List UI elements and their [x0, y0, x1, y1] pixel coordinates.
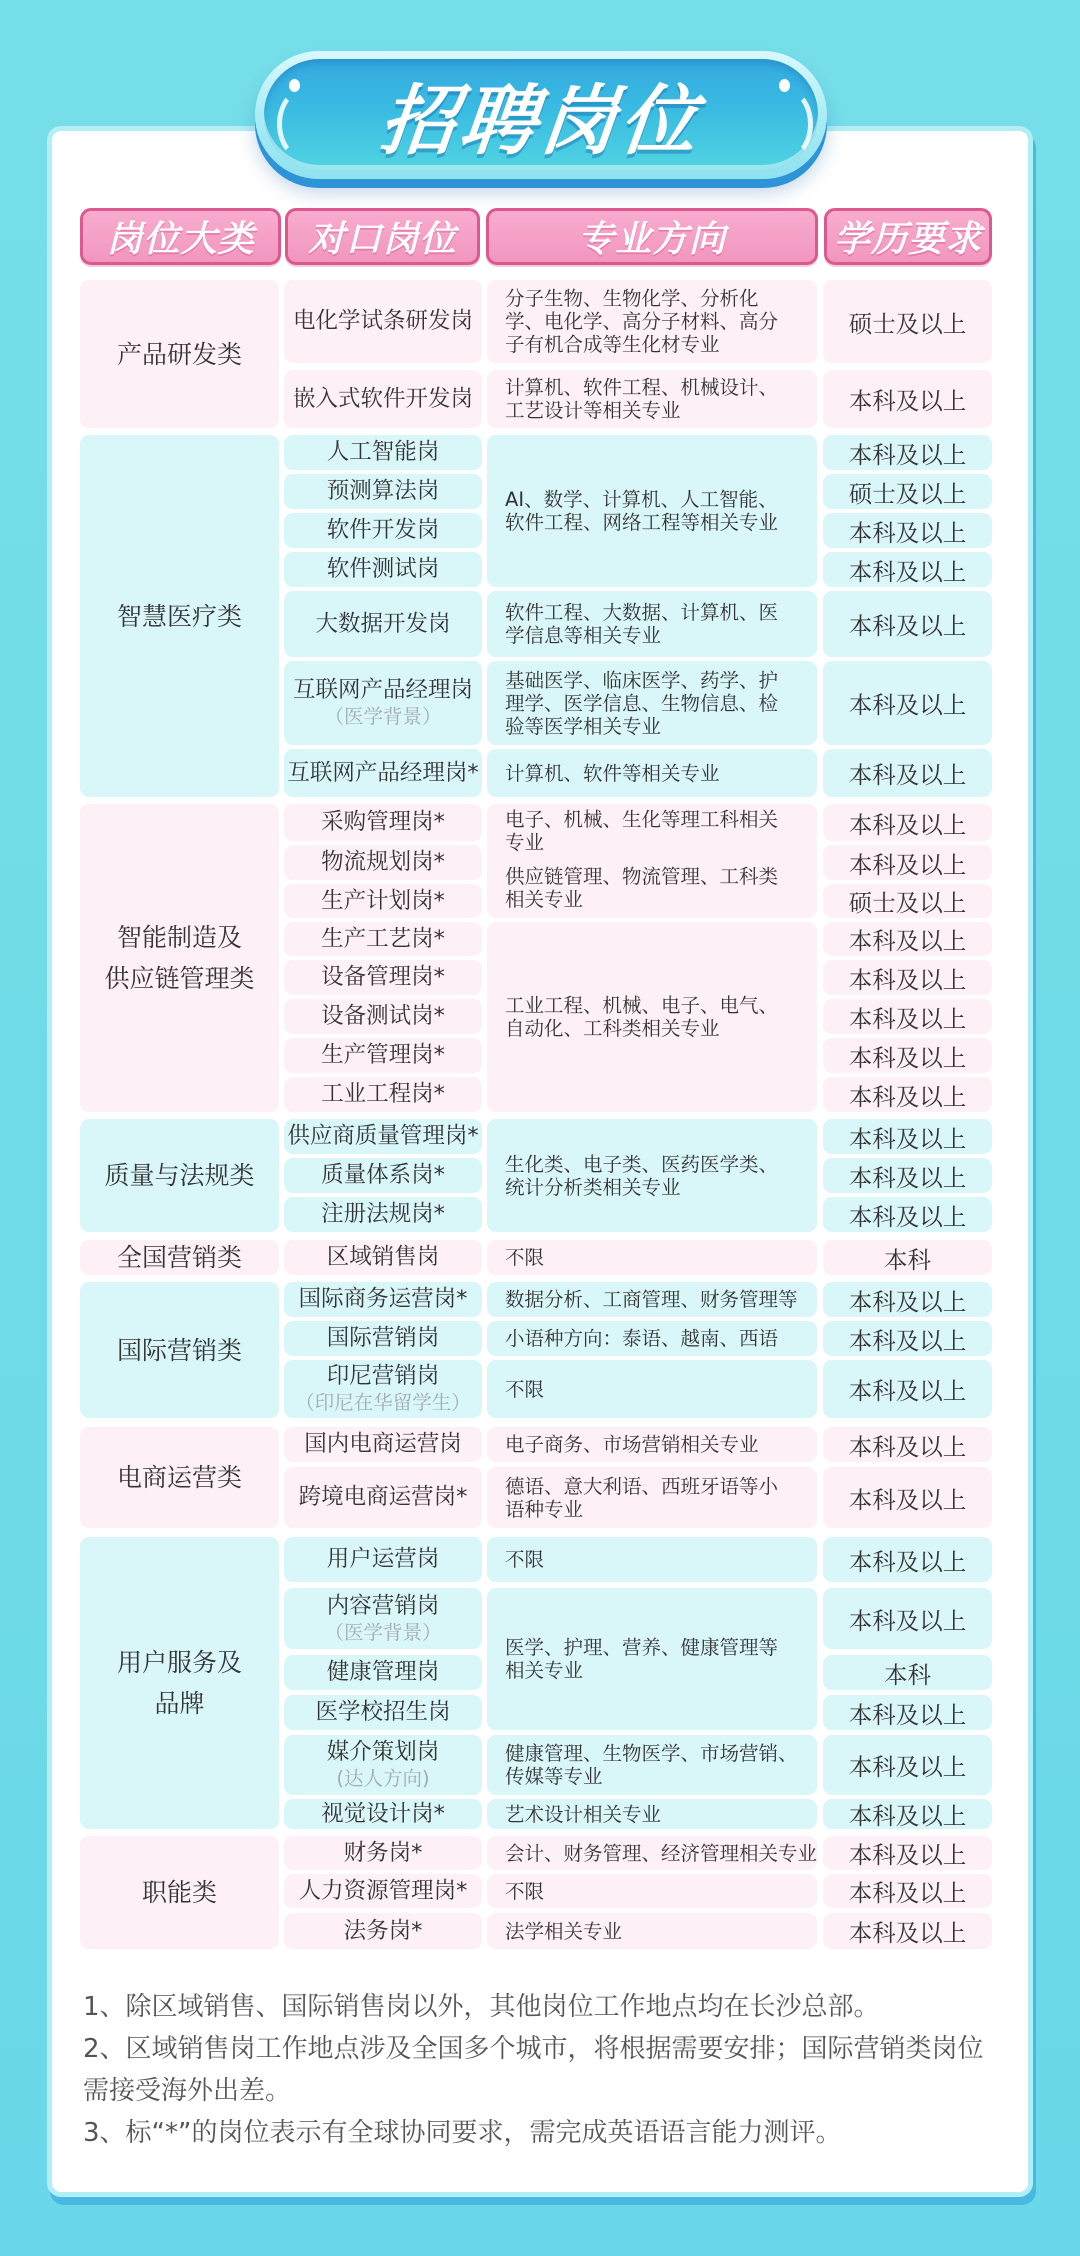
- education-label: 本科及以上: [849, 607, 967, 641]
- position-cell: 生产管理岗*: [284, 1038, 482, 1073]
- education-cell: 本科及以上: [823, 1836, 992, 1870]
- education-cell: 本科及以上: [823, 749, 992, 797]
- major-label: 电子商务、市场营销相关专业: [505, 1433, 759, 1456]
- education-label: 本科及以上: [849, 846, 967, 880]
- education-cell: 本科及以上: [823, 661, 992, 745]
- education-cell: 硕士及以上: [823, 474, 992, 509]
- category-cell: 产品研发类: [80, 280, 279, 428]
- education-label: 本科及以上: [849, 806, 967, 840]
- major-label: 法学相关专业: [505, 1920, 622, 1943]
- education-cell: 硕士及以上: [823, 280, 992, 363]
- header-major: 专业方向: [486, 208, 818, 265]
- major-label: 会计、财务管理、经济管理相关专业: [505, 1842, 817, 1865]
- education-cell: 本科及以上: [823, 1467, 992, 1528]
- position-label: 设备管理岗*: [321, 964, 445, 991]
- education-label: 本科及以上: [849, 1481, 967, 1515]
- position-subtitle: （医学背景）: [324, 704, 441, 729]
- category-cell: 质量与法规类: [80, 1119, 279, 1232]
- education-cell: 本科及以上: [823, 960, 992, 995]
- highlight-arc-icon: [277, 89, 327, 159]
- position-label: 内容营销岗: [327, 1593, 440, 1620]
- education-cell: 本科及以上: [823, 999, 992, 1034]
- education-cell: 本科及以上: [823, 1119, 992, 1154]
- position-cell: 健康管理岗: [284, 1655, 482, 1690]
- education-label: 本科及以上: [849, 756, 967, 790]
- education-cell: 本科及以上: [823, 1735, 992, 1795]
- position-cell: 质量体系岗*: [284, 1158, 482, 1193]
- position-cell: 物流规划岗*: [284, 845, 482, 880]
- major-label: 电子、机械、生化等理工科相关 专业: [505, 808, 778, 854]
- category-cell: 智慧医疗类: [80, 435, 279, 797]
- major-label: 计算机、软件工程、机械设计、 工艺设计等相关专业: [505, 376, 778, 422]
- position-label: 法务岗*: [344, 1918, 423, 1945]
- education-cell: 本科及以上: [823, 1321, 992, 1356]
- major-cell: 不限: [487, 1240, 817, 1275]
- major-cell: 不限: [487, 1537, 817, 1582]
- position-cell: 软件测试岗: [284, 552, 482, 587]
- education-label: 本科及以上: [849, 1198, 967, 1232]
- major-label: 计算机、软件等相关专业: [505, 762, 720, 785]
- education-cell: 本科及以上: [823, 513, 992, 548]
- position-cell: 人力资源管理岗*: [284, 1874, 482, 1908]
- education-label: 本科及以上: [849, 1159, 967, 1193]
- position-cell: 医学校招生岗: [284, 1695, 482, 1730]
- major-label: 不限: [505, 1246, 544, 1269]
- education-cell: 本科及以上: [823, 804, 992, 841]
- position-label: 电化学试条研发岗: [293, 308, 473, 335]
- position-subtitle: (达人方向): [336, 1766, 429, 1791]
- position-cell: 采购管理岗*: [284, 804, 482, 841]
- page-title: 招聘岗位: [375, 60, 706, 169]
- position-cell: 互联网产品经理岗*: [284, 749, 482, 797]
- major-cell: 计算机、软件工程、机械设计、 工艺设计等相关专业: [487, 370, 817, 428]
- education-label: 本科: [884, 1656, 931, 1690]
- major-cell-merged: AI、数学、计算机、人工智能、 软件工程、网络工程等相关专业: [487, 435, 817, 587]
- position-label: 国际商务运营岗*: [299, 1286, 468, 1313]
- highlight-arc-icon: [763, 89, 813, 159]
- recruitment-poster: 招聘岗位 岗位大类 对口岗位 专业方向 学历要求 产品研发类 电化学试条研发岗 …: [0, 0, 1080, 2256]
- position-label: 医学校招生岗: [315, 1699, 450, 1726]
- major-cell-merged: 电子、机械、生化等理工科相关 专业 供应链管理、物流管理、工科类 相关专业: [487, 804, 817, 918]
- position-cell: 用户运营岗: [284, 1537, 482, 1582]
- position-cell: 法务岗*: [284, 1913, 482, 1949]
- position-cell: 人工智能岗: [284, 435, 482, 470]
- position-cell: 软件开发岗: [284, 513, 482, 548]
- education-cell: 本科及以上: [823, 1588, 992, 1649]
- position-label: 互联网产品经理岗: [293, 677, 473, 704]
- category-label: 电商运营类: [117, 1457, 242, 1498]
- major-label: 供应链管理、物流管理、工科类 相关专业: [505, 865, 778, 911]
- education-cell: 本科及以上: [823, 922, 992, 956]
- position-cell: 互联网产品经理岗 （医学背景）: [284, 661, 482, 745]
- education-label: 本科及以上: [849, 1836, 967, 1870]
- education-cell: 本科: [823, 1240, 992, 1275]
- education-cell: 本科: [823, 1655, 992, 1690]
- category-label: 质量与法规类: [104, 1155, 254, 1196]
- position-label: 印尼营销岗: [327, 1363, 440, 1390]
- education-label: 本科及以上: [849, 1914, 967, 1948]
- major-label: 分子生物、生物化学、分析化 学、电化学、高分子材料、高分 子有机合成等生化材专业: [505, 287, 778, 356]
- education-label: 本科: [884, 1241, 931, 1275]
- position-cell: 印尼营销岗 （印尼在华留学生）: [284, 1360, 482, 1418]
- major-cell: 德语、意大利语、西班牙语等小 语种专业: [487, 1467, 817, 1528]
- position-label: 跨境电商运营岗*: [299, 1484, 468, 1511]
- position-label: 媒介策划岗: [327, 1739, 440, 1766]
- major-label: 不限: [505, 1880, 544, 1903]
- position-label: 软件测试岗: [327, 556, 440, 583]
- major-label: 工业工程、机械、电子、电气、 自动化、工科类相关专业: [505, 994, 778, 1040]
- category-cell: 职能类: [80, 1836, 279, 1949]
- education-label: 本科及以上: [849, 922, 967, 956]
- education-label: 本科及以上: [849, 1078, 967, 1112]
- education-cell: 本科及以上: [823, 552, 992, 587]
- position-cell: 设备测试岗*: [284, 999, 482, 1034]
- position-label: 互联网产品经理岗*: [287, 760, 478, 787]
- position-label: 质量体系岗*: [321, 1162, 445, 1189]
- category-label: 用户服务及 品牌: [117, 1642, 242, 1724]
- major-cell-merged: 生化类、电子类、医药医学类、 统计分析类相关专业: [487, 1119, 817, 1232]
- education-label: 本科及以上: [849, 1696, 967, 1730]
- position-cell: 注册法规岗*: [284, 1197, 482, 1232]
- major-label: 医学、护理、营养、健康管理等 相关专业: [505, 1636, 778, 1682]
- title-banner: 招聘岗位: [255, 51, 827, 179]
- education-label: 硕士及以上: [849, 305, 967, 339]
- category-label: 国际营销类: [117, 1330, 242, 1371]
- position-cell: 电化学试条研发岗: [284, 280, 482, 363]
- education-label: 本科及以上: [849, 1283, 967, 1317]
- major-cell: 法学相关专业: [487, 1913, 817, 1949]
- position-subtitle: （印尼在华留学生）: [295, 1390, 471, 1415]
- education-cell: 本科及以上: [823, 1077, 992, 1112]
- education-cell: 本科及以上: [823, 1038, 992, 1073]
- position-cell: 供应商质量管理岗*: [284, 1119, 482, 1154]
- position-cell: 大数据开发岗: [284, 591, 482, 657]
- position-label: 预测算法岗: [327, 478, 440, 505]
- position-label: 视觉设计岗*: [321, 1801, 445, 1828]
- position-label: 生产管理岗*: [321, 1042, 445, 1069]
- education-cell: 本科及以上: [823, 1537, 992, 1582]
- education-cell: 本科及以上: [823, 1360, 992, 1418]
- position-label: 人工智能岗: [327, 439, 440, 466]
- category-cell: 国际营销类: [80, 1282, 279, 1418]
- major-cell: 健康管理、生物医学、市场营销、 传媒等专业: [487, 1735, 817, 1795]
- major-cell-merged: 医学、护理、营养、健康管理等 相关专业: [487, 1588, 817, 1730]
- education-cell: 硕士及以上: [823, 884, 992, 918]
- category-cell: 全国营销类: [80, 1240, 279, 1275]
- position-cell: 生产工艺岗*: [284, 922, 482, 956]
- education-label: 本科及以上: [849, 1120, 967, 1154]
- education-cell: 本科及以上: [823, 1427, 992, 1462]
- major-label: 不限: [505, 1378, 544, 1401]
- category-label: 产品研发类: [117, 334, 242, 375]
- position-cell: 视觉设计岗*: [284, 1799, 482, 1829]
- education-label: 本科及以上: [849, 1797, 967, 1831]
- major-label: 艺术设计相关专业: [505, 1803, 661, 1826]
- education-label: 本科及以上: [849, 1543, 967, 1577]
- major-label: 健康管理、生物医学、市场营销、 传媒等专业: [505, 1742, 798, 1788]
- major-cell: 不限: [487, 1874, 817, 1908]
- major-cell: 软件工程、大数据、计算机、医 学信息等相关专业: [487, 591, 817, 657]
- position-cell: 国内电商运营岗: [284, 1427, 482, 1462]
- major-cell: 小语种方向：泰语、越南、西语: [487, 1321, 817, 1356]
- position-cell: 内容营销岗 （医学背景）: [284, 1588, 482, 1649]
- education-cell: 本科及以上: [823, 845, 992, 880]
- education-cell: 本科及以上: [823, 1158, 992, 1193]
- position-cell: 区域销售岗: [284, 1240, 482, 1275]
- education-label: 本科及以上: [849, 1372, 967, 1406]
- category-label: 智能制造及 供应链管理类: [104, 917, 254, 999]
- education-label: 本科及以上: [849, 553, 967, 587]
- education-cell: 本科及以上: [823, 370, 992, 428]
- position-cell: 设备管理岗*: [284, 960, 482, 995]
- position-label: 生产计划岗*: [321, 888, 445, 915]
- education-label: 本科及以上: [849, 1000, 967, 1034]
- major-cell: 数据分析、工商管理、财务管理等: [487, 1282, 817, 1317]
- major-label: 生化类、电子类、医药医学类、 统计分析类相关专业: [505, 1153, 778, 1199]
- position-cell: 国际商务运营岗*: [284, 1282, 482, 1317]
- major-cell: 分子生物、生物化学、分析化 学、电化学、高分子材料、高分 子有机合成等生化材专业: [487, 280, 817, 363]
- major-cell: 基础医学、临床医学、药学、护 理学、医学信息、生物信息、检 验等医学相关专业: [487, 661, 817, 745]
- major-cell: 不限: [487, 1360, 817, 1418]
- position-cell: 嵌入式软件开发岗: [284, 370, 482, 428]
- position-cell: 媒介策划岗 (达人方向): [284, 1735, 482, 1795]
- major-label: AI、数学、计算机、人工智能、 软件工程、网络工程等相关专业: [505, 488, 778, 534]
- major-cell: 会计、财务管理、经济管理相关专业: [487, 1836, 817, 1870]
- education-label: 本科及以上: [849, 1874, 967, 1908]
- major-cell: 电子商务、市场营销相关专业: [487, 1427, 817, 1462]
- education-label: 本科及以上: [849, 1039, 967, 1073]
- education-cell: 本科及以上: [823, 1197, 992, 1232]
- education-label: 本科及以上: [849, 1602, 967, 1636]
- position-label: 采购管理岗*: [321, 809, 445, 836]
- notes: 1、除区域销售、国际销售岗以外，其他岗位工作地点均在长沙总部。 2、区域销售岗工…: [83, 1986, 995, 2154]
- education-label: 硕士及以上: [849, 884, 967, 918]
- education-label: 本科及以上: [849, 436, 967, 470]
- position-subtitle: （医学背景）: [324, 1620, 441, 1645]
- header-education: 学历要求: [824, 208, 992, 265]
- position-label: 国际营销岗: [327, 1325, 440, 1352]
- position-cell: 国际营销岗: [284, 1321, 482, 1356]
- position-label: 大数据开发岗: [315, 611, 450, 638]
- education-label: 硕士及以上: [849, 475, 967, 509]
- major-label: 基础医学、临床医学、药学、护 理学、医学信息、生物信息、检 验等医学相关专业: [505, 669, 778, 738]
- position-label: 注册法规岗*: [321, 1201, 445, 1228]
- category-cell: 电商运营类: [80, 1427, 279, 1528]
- education-cell: 本科及以上: [823, 1874, 992, 1908]
- position-label: 健康管理岗: [327, 1659, 440, 1686]
- position-label: 工业工程岗*: [321, 1081, 445, 1108]
- position-label: 生产工艺岗*: [321, 926, 445, 953]
- category-label: 全国营销类: [117, 1237, 242, 1278]
- category-cell: 智能制造及 供应链管理类: [80, 804, 279, 1112]
- position-label: 物流规划岗*: [321, 849, 445, 876]
- position-cell: 预测算法岗: [284, 474, 482, 509]
- major-cell: 计算机、软件等相关专业: [487, 749, 817, 797]
- education-cell: 本科及以上: [823, 435, 992, 470]
- education-cell: 本科及以上: [823, 591, 992, 657]
- position-label: 人力资源管理岗*: [299, 1878, 468, 1905]
- position-label: 用户运营岗: [327, 1546, 440, 1573]
- major-label: 不限: [505, 1548, 544, 1571]
- education-cell: 本科及以上: [823, 1913, 992, 1949]
- position-label: 软件开发岗: [327, 517, 440, 544]
- education-label: 本科及以上: [849, 961, 967, 995]
- major-cell-merged: 工业工程、机械、电子、电气、 自动化、工科类相关专业: [487, 922, 817, 1112]
- position-cell: 工业工程岗*: [284, 1077, 482, 1112]
- education-label: 本科及以上: [849, 514, 967, 548]
- education-label: 本科及以上: [849, 1428, 967, 1462]
- note-2: 2、区域销售岗工作地点涉及全国多个城市，将根据需要安排；国际营销类岗位需接受海外…: [83, 2028, 995, 2112]
- major-label: 数据分析、工商管理、财务管理等: [505, 1288, 798, 1311]
- major-label: 软件工程、大数据、计算机、医 学信息等相关专业: [505, 601, 778, 647]
- position-label: 嵌入式软件开发岗: [293, 386, 473, 413]
- position-label: 设备测试岗*: [321, 1003, 445, 1030]
- position-cell: 跨境电商运营岗*: [284, 1467, 482, 1528]
- position-label: 国内电商运营岗: [304, 1431, 462, 1458]
- major-label: 小语种方向：泰语、越南、西语: [505, 1327, 778, 1350]
- note-1: 1、除区域销售、国际销售岗以外，其他岗位工作地点均在长沙总部。: [83, 1986, 995, 2028]
- major-label: 德语、意大利语、西班牙语等小 语种专业: [505, 1475, 778, 1521]
- education-cell: 本科及以上: [823, 1282, 992, 1317]
- education-cell: 本科及以上: [823, 1799, 992, 1829]
- title-banner-inner: 招聘岗位: [264, 59, 818, 170]
- education-label: 本科及以上: [849, 382, 967, 416]
- position-cell: 财务岗*: [284, 1836, 482, 1870]
- category-label: 智慧医疗类: [117, 596, 242, 637]
- position-label: 供应商质量管理岗*: [287, 1123, 478, 1150]
- category-cell: 用户服务及 品牌: [80, 1537, 279, 1829]
- note-3: 3、标“*”的岗位表示有全球协同要求，需完成英语语言能力测评。: [83, 2112, 995, 2154]
- major-cell: 艺术设计相关专业: [487, 1799, 817, 1829]
- education-label: 本科及以上: [849, 686, 967, 720]
- education-label: 本科及以上: [849, 1748, 967, 1782]
- header-category: 岗位大类: [80, 208, 281, 265]
- position-cell: 生产计划岗*: [284, 884, 482, 918]
- position-label: 区域销售岗: [327, 1244, 440, 1271]
- position-label: 财务岗*: [344, 1840, 423, 1867]
- header-position: 对口岗位: [285, 208, 480, 265]
- education-label: 本科及以上: [849, 1322, 967, 1356]
- category-label: 职能类: [142, 1872, 217, 1913]
- education-cell: 本科及以上: [823, 1695, 992, 1730]
